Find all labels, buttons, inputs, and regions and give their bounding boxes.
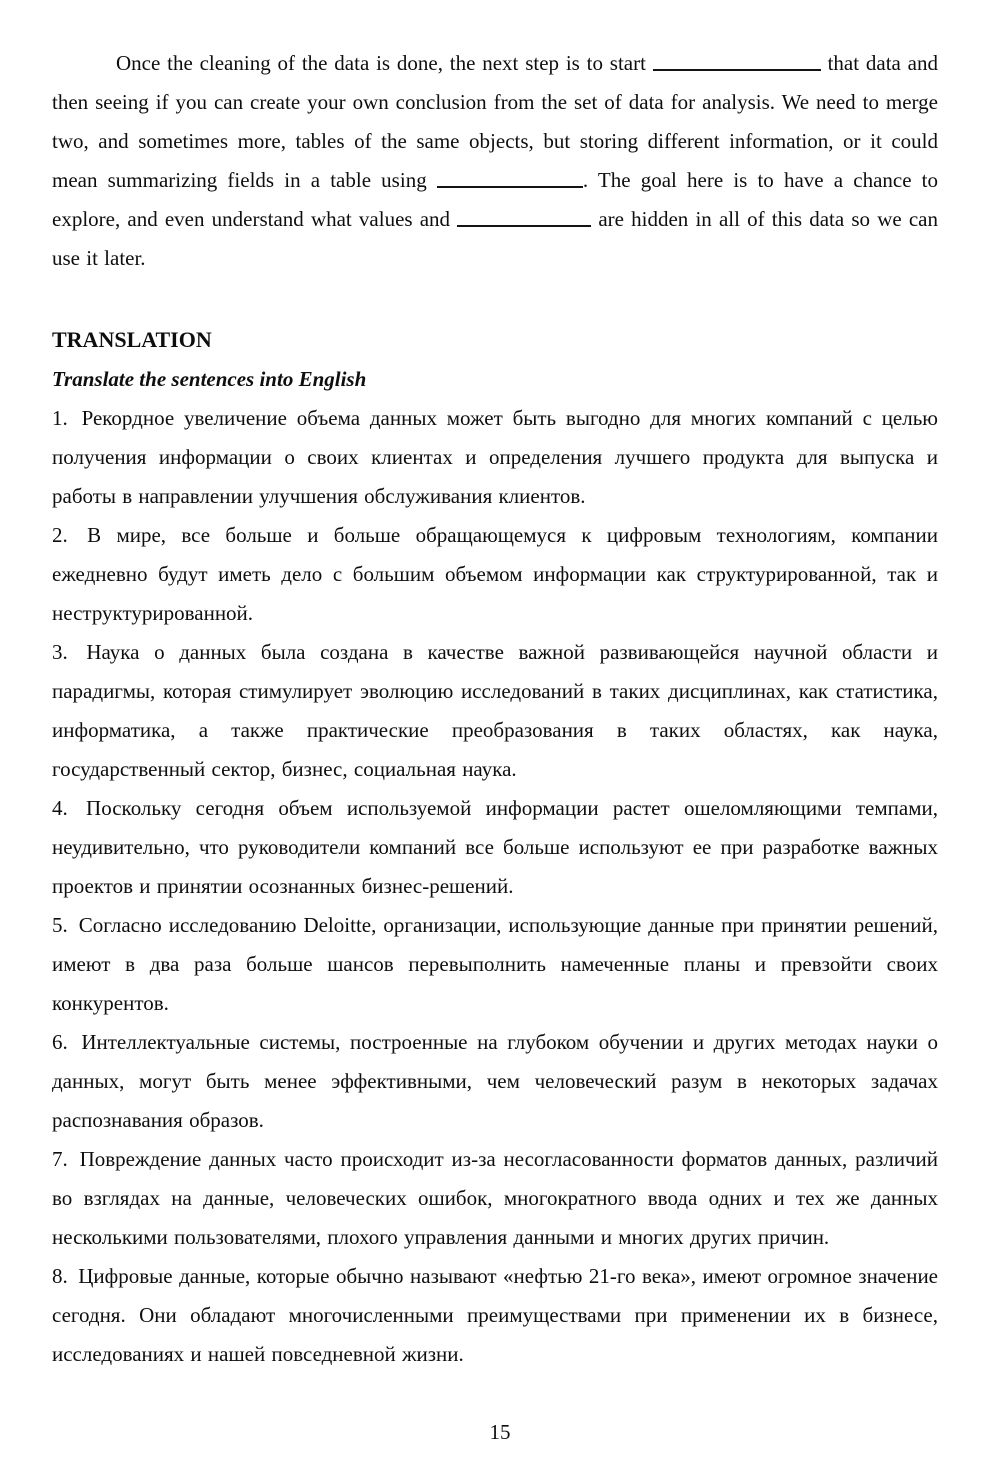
blank-line-2: [437, 174, 583, 188]
sentence-text: В мире, все больше и больше обращающемус…: [52, 523, 938, 625]
page-number: 15: [0, 1420, 1000, 1445]
blank-line-3: [457, 213, 591, 227]
blank-line-1: [653, 57, 821, 71]
sentence-text: Рекордное увеличение объема данных может…: [52, 406, 938, 508]
translation-heading: TRANSLATION: [52, 320, 938, 359]
document-page: Once the cleaning of the data is done, t…: [0, 0, 1000, 1374]
sentence-number: 6.: [52, 1030, 72, 1054]
sentence-1: 1. Рекордное увеличение объема данных мо…: [52, 399, 938, 516]
sentence-text: Наука о данных была создана в качестве в…: [52, 640, 938, 781]
intro-text-1: Once the cleaning of the data is done, t…: [116, 51, 646, 75]
sentence-text: Цифровые данные, которые обычно называют…: [52, 1264, 938, 1366]
sentence-8: 8. Цифровые данные, которые обычно назыв…: [52, 1257, 938, 1374]
sentence-text: Повреждение данных часто происходит из-з…: [52, 1147, 938, 1249]
sentence-number: 4.: [52, 796, 72, 820]
sentence-7: 7. Повреждение данных часто происходит и…: [52, 1140, 938, 1257]
intro-paragraph: Once the cleaning of the data is done, t…: [52, 44, 938, 278]
sentence-text: Согласно исследованию Deloitte, организа…: [52, 913, 938, 1015]
sentence-3: 3. Наука о данных была создана в качеств…: [52, 633, 938, 789]
translation-instruction: Translate the sentences into English: [52, 359, 938, 399]
sentence-text: Интеллектуальные системы, построенные на…: [52, 1030, 938, 1132]
sentence-number: 1.: [52, 406, 72, 430]
sentence-6: 6. Интеллектуальные системы, построенные…: [52, 1023, 938, 1140]
sentence-4: 4. Поскольку сегодня объем используемой …: [52, 789, 938, 906]
sentence-number: 7.: [52, 1147, 72, 1171]
sentence-text: Поскольку сегодня объем используемой инф…: [52, 796, 938, 898]
sentence-number: 5.: [52, 913, 72, 937]
sentence-2: 2. В мире, все больше и больше обращающе…: [52, 516, 938, 633]
sentence-number: 3.: [52, 640, 72, 664]
sentence-number: 2.: [52, 523, 72, 547]
sentence-5: 5. Согласно исследованию Deloitte, орган…: [52, 906, 938, 1023]
sentence-number: 8.: [52, 1264, 72, 1288]
